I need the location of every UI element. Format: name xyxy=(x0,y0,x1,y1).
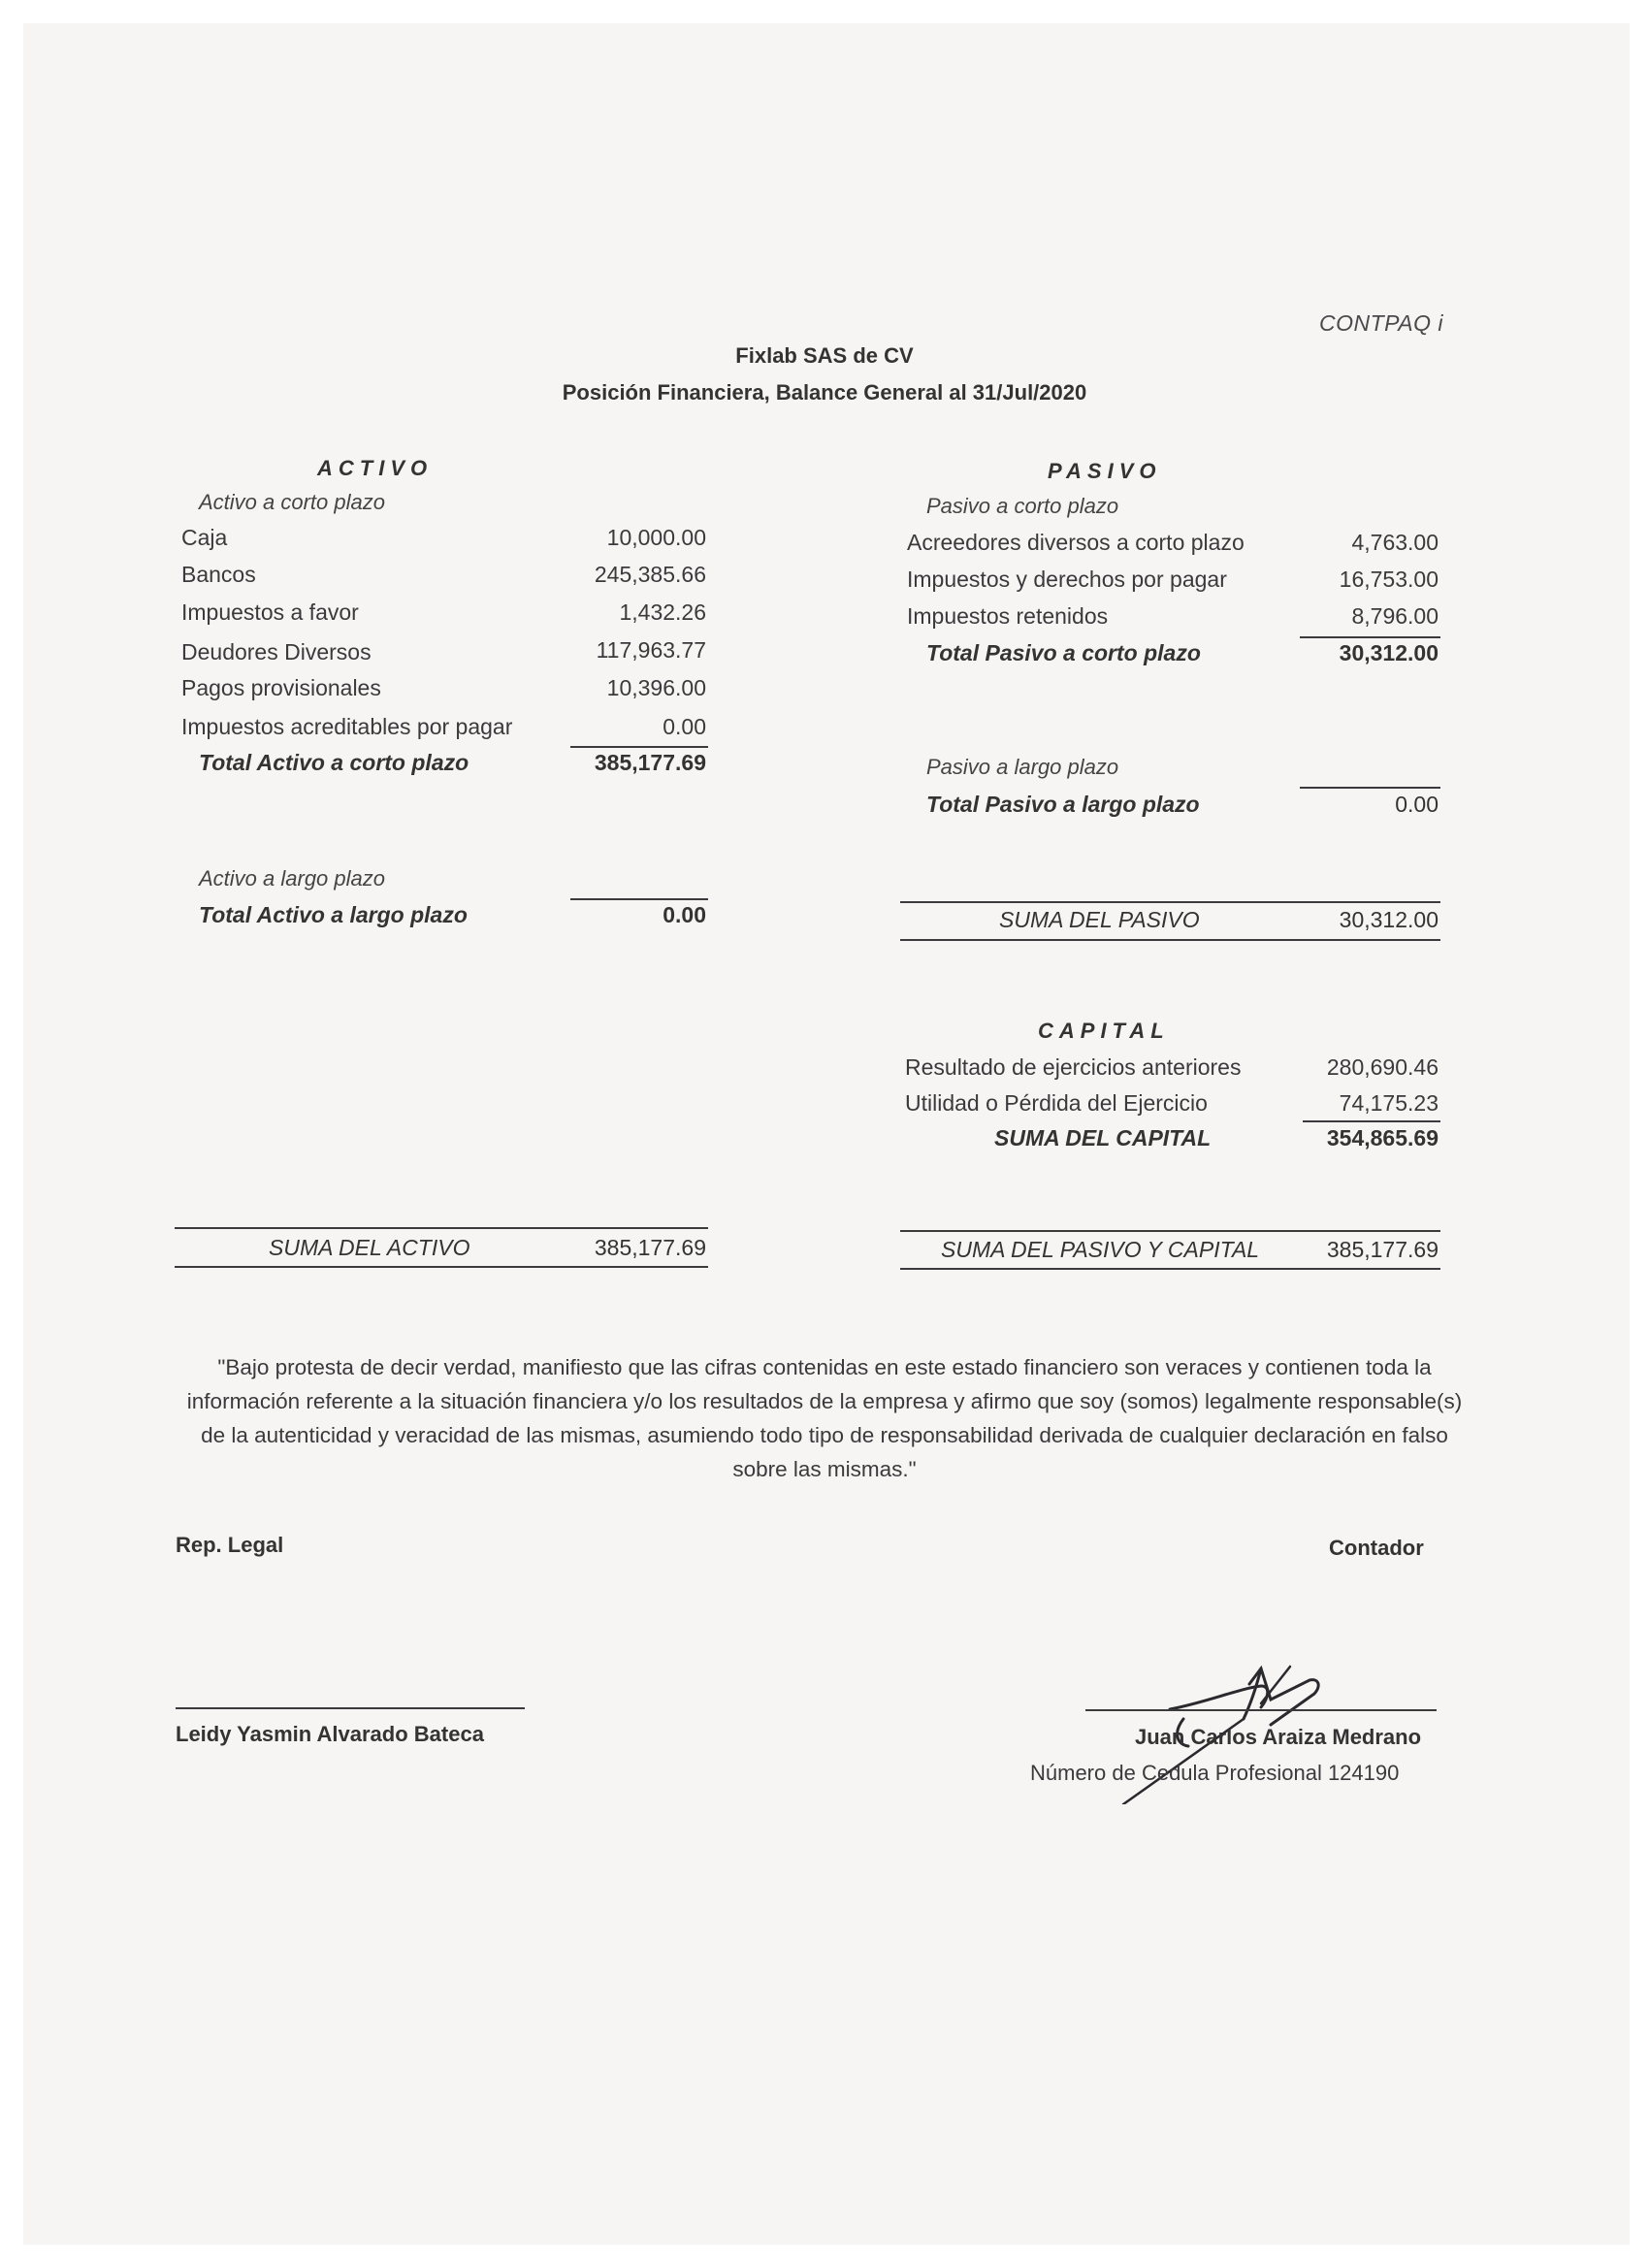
pasivo-item-label: Impuestos retenidos xyxy=(907,603,1108,630)
suma-pasivo-capital-value: 385,177.69 xyxy=(1225,1237,1439,1263)
sum-rule-top xyxy=(900,901,1440,903)
suma-pasivo-capital-label: SUMA DEL PASIVO Y CAPITAL xyxy=(941,1237,1259,1263)
capital-heading: CAPITAL xyxy=(1038,1019,1170,1044)
subtotal-rule xyxy=(1300,787,1440,789)
signature-line xyxy=(176,1707,525,1709)
sum-rule-bottom xyxy=(900,1268,1440,1270)
activo-corto-subheading: Activo a corto plazo xyxy=(199,490,385,515)
pasivo-corto-total-value: 30,312.00 xyxy=(1225,640,1439,666)
activo-item-value: 10,396.00 xyxy=(493,675,706,701)
sum-rule-bottom xyxy=(900,939,1440,941)
suma-activo-label: SUMA DEL ACTIVO xyxy=(269,1235,469,1261)
subtotal-rule xyxy=(570,746,708,748)
suma-capital-label: SUMA DEL CAPITAL xyxy=(994,1125,1211,1151)
activo-item-value: 245,385.66 xyxy=(493,562,706,588)
activo-corto-total-label: Total Activo a corto plazo xyxy=(199,750,469,776)
activo-item-label: Pagos provisionales xyxy=(181,675,381,701)
signature-line xyxy=(1085,1709,1437,1711)
pasivo-largo-subheading: Pasivo a largo plazo xyxy=(926,755,1118,780)
pasivo-item-label: Acreedores diversos a corto plazo xyxy=(907,530,1245,556)
pasivo-corto-total-label: Total Pasivo a corto plazo xyxy=(926,640,1201,666)
activo-largo-total-label: Total Activo a largo plazo xyxy=(199,902,468,928)
capital-item-label: Resultado de ejercicios anteriores xyxy=(905,1054,1241,1081)
capital-item-label: Utilidad o Pérdida del Ejercicio xyxy=(905,1090,1208,1117)
activo-item-label: Bancos xyxy=(181,562,256,588)
capital-item-value: 74,175.23 xyxy=(1225,1090,1439,1117)
activo-item-value: 10,000.00 xyxy=(493,525,706,551)
declaration-text: "Bajo protesta de decir verdad, manifies… xyxy=(175,1350,1474,1486)
software-brand: CONTPAQ i xyxy=(1319,310,1443,337)
activo-item-label: Deudores Diversos xyxy=(181,639,372,665)
activo-item-label: Impuestos acreditables por pagar xyxy=(181,714,512,740)
subtotal-rule xyxy=(1303,1120,1440,1122)
pasivo-heading: PASIVO xyxy=(1048,459,1162,484)
pasivo-item-label: Impuestos y derechos por pagar xyxy=(907,567,1227,593)
activo-heading: ACTIVO xyxy=(317,456,433,481)
accountant-name: Juan Carlos Araiza Medrano xyxy=(1135,1725,1421,1750)
pasivo-largo-total-label: Total Pasivo a largo plazo xyxy=(926,792,1200,818)
sum-rule-bottom xyxy=(175,1266,708,1268)
pasivo-corto-subheading: Pasivo a corto plazo xyxy=(926,494,1118,519)
suma-capital-value: 354,865.69 xyxy=(1225,1125,1439,1151)
activo-item-value: 1,432.26 xyxy=(493,599,706,626)
accountant-license: Número de Cedula Profesional 124190 xyxy=(1030,1761,1399,1786)
activo-item-value: 117,963.77 xyxy=(493,637,706,664)
activo-item-label: Caja xyxy=(181,525,227,551)
activo-item-value: 0.00 xyxy=(493,714,706,740)
legal-rep-name: Leidy Yasmin Alvarado Bateca xyxy=(176,1722,484,1747)
sum-rule-top xyxy=(900,1230,1440,1232)
sum-rule-top xyxy=(175,1227,708,1229)
legal-rep-role: Rep. Legal xyxy=(176,1533,283,1558)
subtotal-rule xyxy=(570,898,708,900)
pasivo-item-value: 4,763.00 xyxy=(1225,530,1439,556)
suma-pasivo-value: 30,312.00 xyxy=(1225,907,1439,933)
subtotal-rule xyxy=(1300,636,1440,638)
company-name: Fixlab SAS de CV xyxy=(0,343,1649,369)
activo-corto-total-value: 385,177.69 xyxy=(493,750,706,776)
pasivo-item-value: 16,753.00 xyxy=(1225,567,1439,593)
activo-item-label: Impuestos a favor xyxy=(181,599,359,626)
report-title: Posición Financiera, Balance General al … xyxy=(0,380,1649,405)
capital-item-value: 280,690.46 xyxy=(1225,1054,1439,1081)
activo-largo-total-value: 0.00 xyxy=(493,902,706,928)
suma-pasivo-label: SUMA DEL PASIVO xyxy=(999,907,1200,933)
accountant-role: Contador xyxy=(1329,1536,1424,1561)
activo-largo-subheading: Activo a largo plazo xyxy=(199,866,385,891)
suma-activo-value: 385,177.69 xyxy=(493,1235,706,1261)
pasivo-largo-total-value: 0.00 xyxy=(1225,792,1439,818)
pasivo-item-value: 8,796.00 xyxy=(1225,603,1439,630)
